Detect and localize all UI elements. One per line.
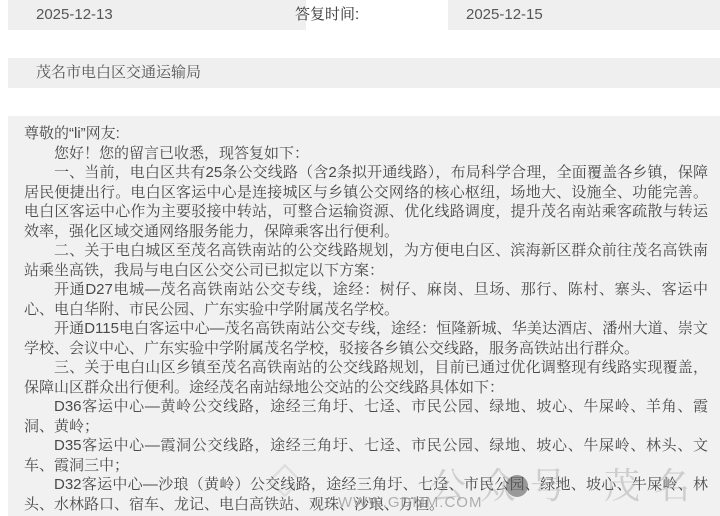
reply-time-label: 答复时间: <box>295 0 359 30</box>
salutation: 尊敬的“li”网友: <box>24 124 708 144</box>
reply-paragraph: 二、关于电白城区至茂名高铁南站的公交线路规划，为方便电白区、滨海新区群众前往茂名… <box>24 241 708 280</box>
reply-paragraph: 一、当前，电白区共有25条公交线路（含2条拟开通线路），布局科学合理，全面覆盖各… <box>24 163 708 241</box>
reply-paragraph: 您好！您的留言已收悉，现答复如下： <box>24 144 708 164</box>
submit-date-field: 2025-12-13 <box>8 0 306 30</box>
reply-paragraph: 开通D115电白客运中心—茂名高铁南站公交专线，途经：恒隆新城、华美达酒店、潘州… <box>24 319 708 358</box>
reply-content: 尊敬的“li”网友: 您好！您的留言已收悉，现答复如下：一、当前，电白区共有25… <box>8 116 720 516</box>
reply-page: 2025-12-13 答复时间: 2025-12-15 茂名市电白区交通运输局 … <box>0 0 720 516</box>
reply-paragraph: 三、关于电白山区乡镇至茂名高铁南站的公交线路规划，目前已通过优化调整现有线路实现… <box>24 358 708 397</box>
department-field: 茂名市电白区交通运输局 <box>8 58 720 88</box>
reply-paragraph: D36客运中心—黄岭公交线路，途经三角圩、七迳、市民公园、绿地、坡心、牛屎岭、羊… <box>24 397 708 436</box>
reply-paragraphs: 您好！您的留言已收悉，现答复如下：一、当前，电白区共有25条公交线路（含2条拟开… <box>24 144 708 515</box>
reply-paragraph: 开通D27电城—茂名高铁南站公交专线，途经：树仔、麻岗、旦场、那行、陈村、寨头、… <box>24 280 708 319</box>
reply-paragraph: D32客运中心—沙琅（黄岭）公交线路，途经三角圩、七迳、市民公园、绿地、坡心、牛… <box>24 475 708 514</box>
reply-date-field: 2025-12-15 <box>448 0 720 30</box>
reply-paragraph: D35客运中心—霞洞公交线路，途经三角圩、七迳、市民公园、绿地、坡心、牛屎岭、林… <box>24 436 708 475</box>
